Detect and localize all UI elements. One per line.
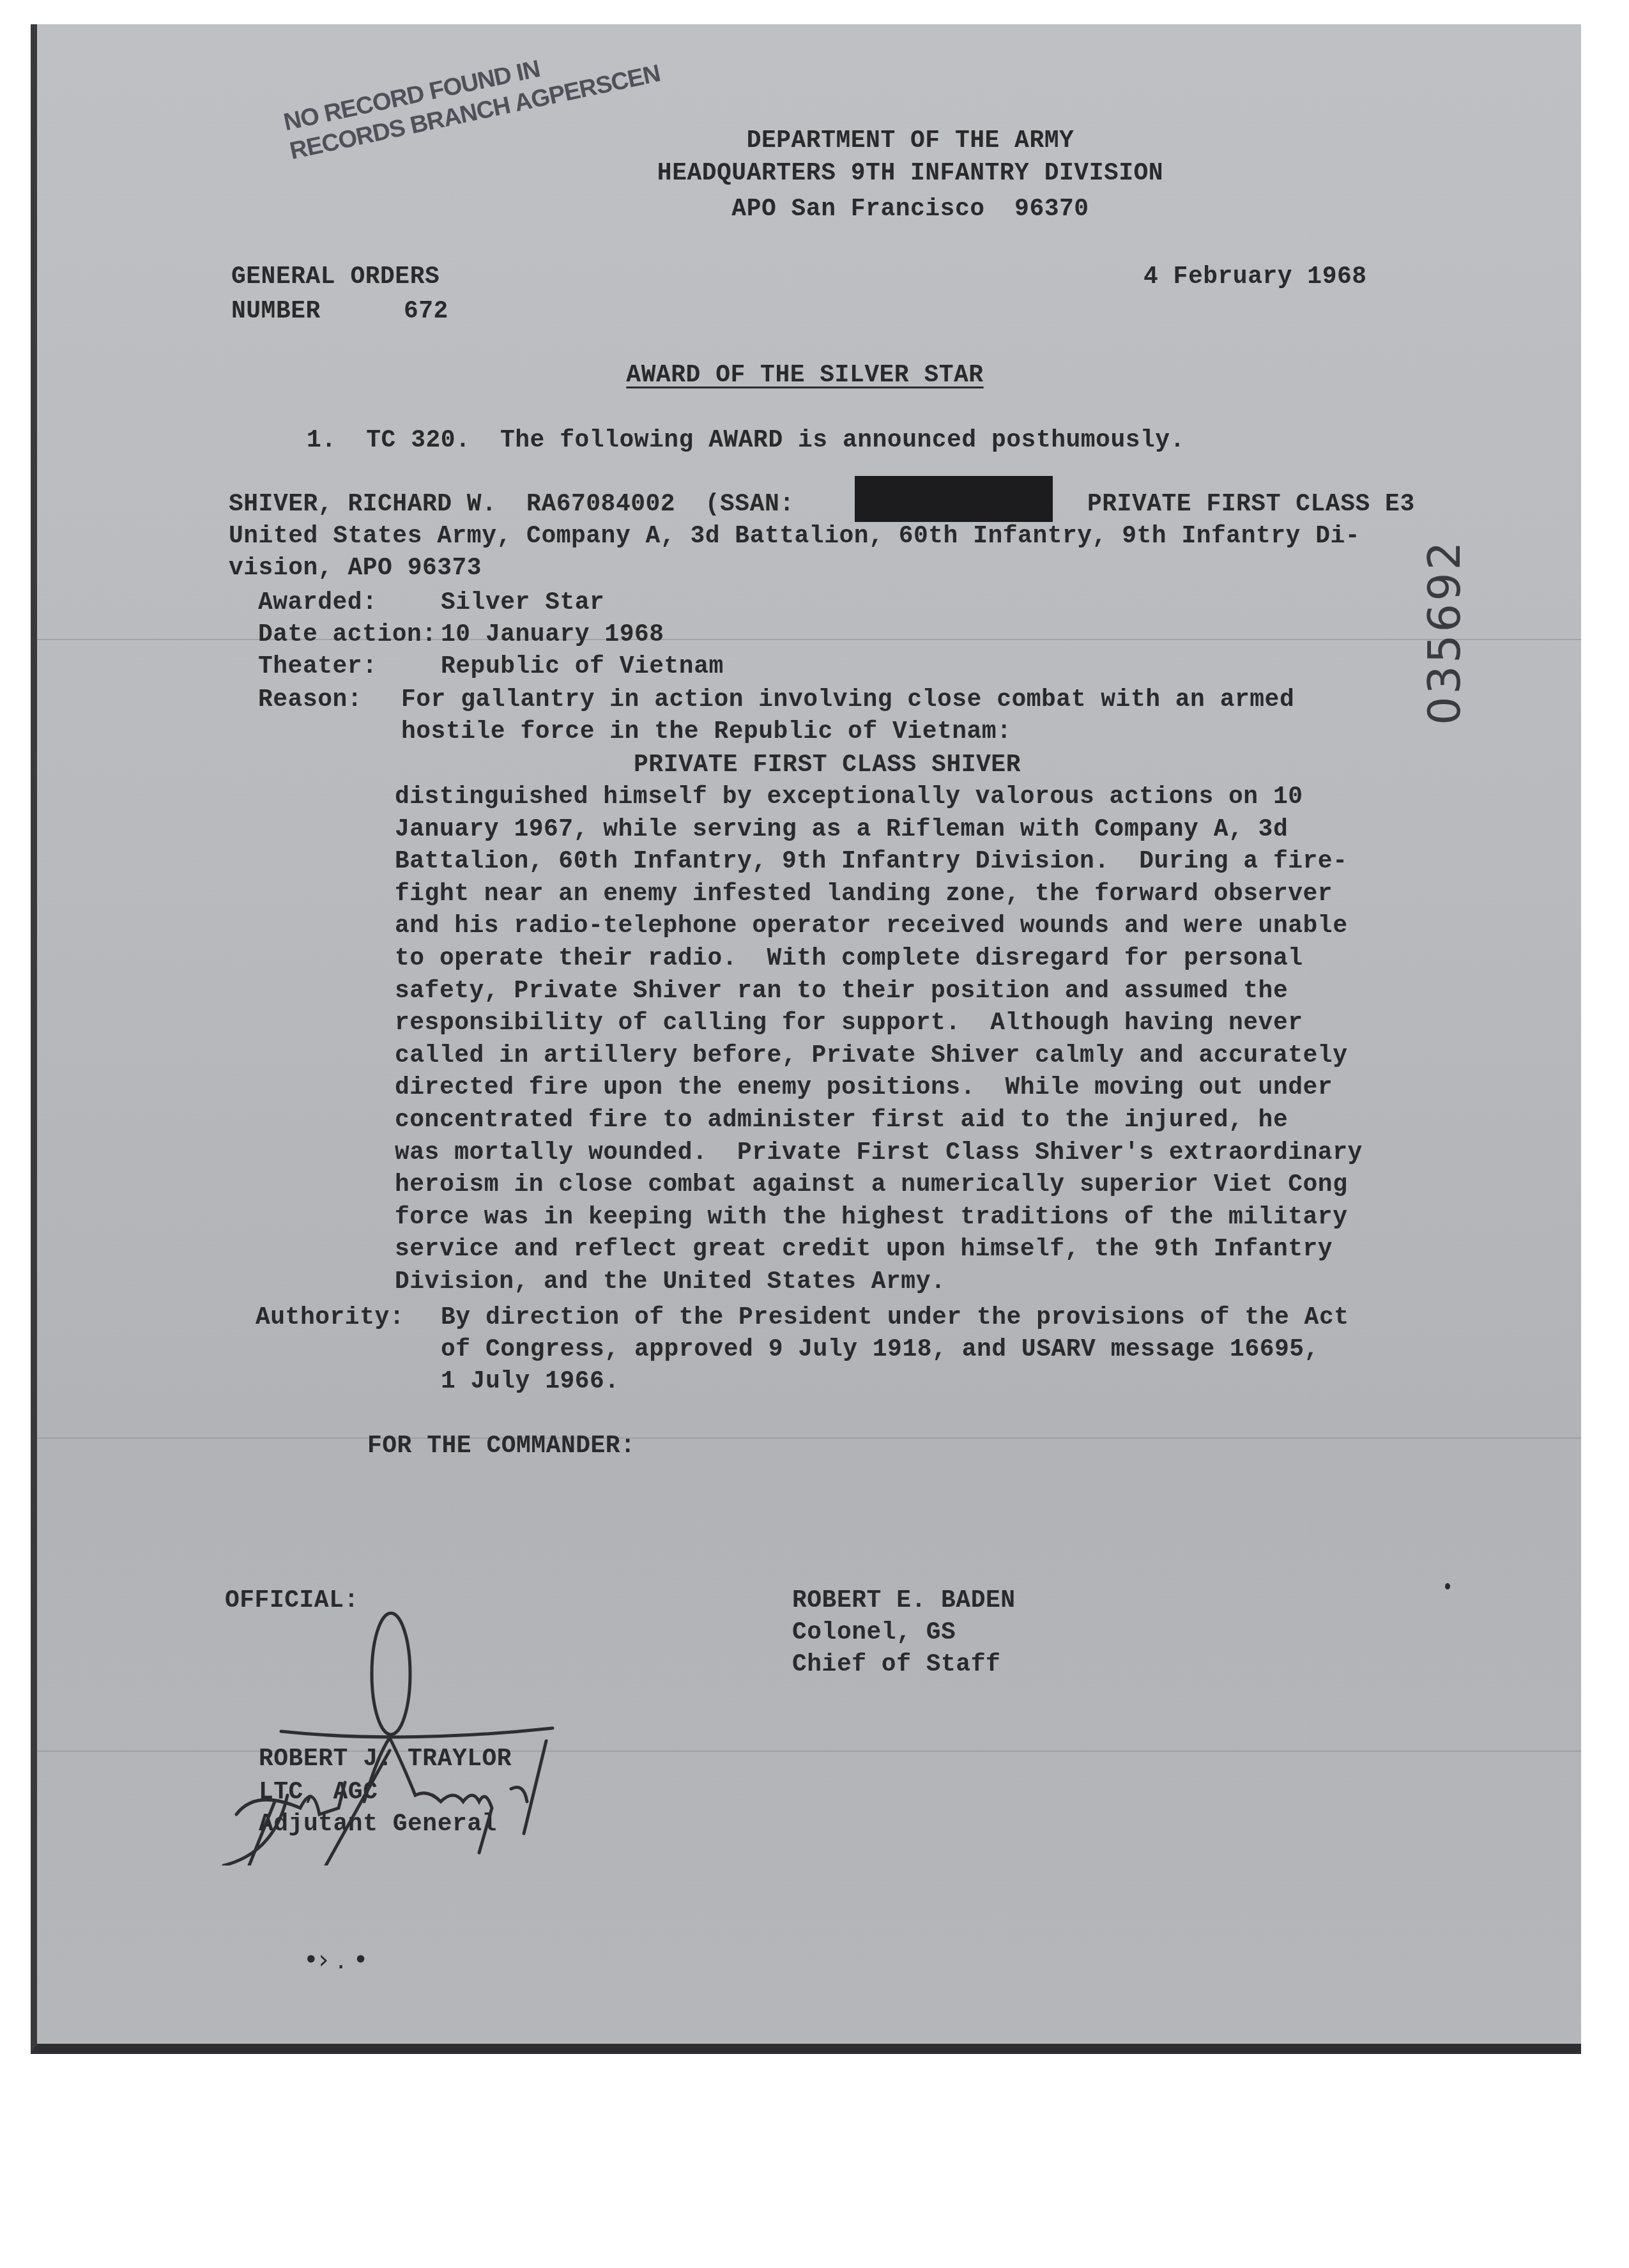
reason-body-line: force was in keeping with the highest tr…	[395, 1201, 1347, 1234]
recipient-name-line: SHIVER, RICHARD W. RA67084002 (SSAN:	[229, 488, 795, 521]
ssan-redaction	[855, 476, 1053, 522]
reason-body-line: distinguished himself by exceptionally v…	[395, 781, 1303, 813]
fold-line	[37, 1437, 1581, 1439]
reason-body-line: concentrated fire to administer first ai…	[395, 1104, 1288, 1137]
recipient-rank: PRIVATE FIRST CLASS E3	[1087, 488, 1415, 521]
signature	[211, 1597, 569, 1866]
number-label: NUMBER	[231, 295, 321, 328]
letterhead-line-2: HEADQUARTERS 9TH INFANTRY DIVISION	[383, 157, 1437, 190]
detail-label: Date action:	[258, 618, 437, 651]
document-title: AWARD OF THE SILVER STAR	[383, 359, 1227, 392]
reason-body-line: called in artillery before, Private Shiv…	[395, 1039, 1347, 1072]
intro-paragraph: 1. TC 320. The following AWARD is announ…	[307, 424, 1185, 457]
speck-dot	[1445, 1583, 1450, 1590]
detail-value: 10 January 1968	[441, 618, 664, 651]
reason-body-line: directed fire upon the enemy positions. …	[395, 1071, 1333, 1104]
reason-body-line: January 1967, while serving as a Riflema…	[395, 813, 1288, 846]
reason-body-line: and his radio-telephone operator receive…	[395, 910, 1347, 942]
letterhead-line-1: DEPARTMENT OF THE ARMY	[383, 125, 1437, 157]
reason-body-line: Division, and the United States Army.	[395, 1266, 945, 1298]
detail-label: Awarded:	[258, 586, 377, 619]
reason-intro-line: hostile force in the Republic of Vietnam…	[401, 716, 1011, 748]
chief-of-staff-title: Chief of Staff	[792, 1648, 1000, 1681]
authority-line: 1 July 1966.	[441, 1365, 620, 1398]
detail-value: Silver Star	[441, 586, 604, 619]
reason-body-line: responsibility of calling for support. A…	[395, 1007, 1303, 1039]
chief-of-staff-rank: Colonel, GS	[792, 1616, 956, 1649]
reason-body-line: fight near an enemy infested landing zon…	[395, 878, 1333, 910]
authority-line: By direction of the President under the …	[441, 1301, 1349, 1334]
reason-body-line: service and reflect great credit upon hi…	[395, 1233, 1333, 1266]
detail-label: Theater:	[258, 650, 377, 683]
reason-heading: PRIVATE FIRST CLASS SHIVER	[396, 749, 1258, 781]
reason-body-line: Battalion, 60th Infantry, 9th Infantry D…	[395, 845, 1347, 878]
handwritten-margin-number: 035692	[1418, 539, 1471, 725]
reason-intro-line: For gallantry in action involving close …	[401, 684, 1294, 716]
authority-label: Authority:	[256, 1301, 404, 1334]
recipient-unit-line-1: United States Army, Company A, 3d Battal…	[229, 520, 1360, 553]
for-the-commander: FOR THE COMMANDER:	[367, 1430, 635, 1462]
letterhead-line-3: APO San Francisco 96370	[383, 193, 1437, 226]
detail-value: Republic of Vietnam	[441, 650, 724, 683]
reason-label: Reason:	[258, 684, 362, 716]
reason-body-line: was mortally wounded. Private First Clas…	[395, 1137, 1363, 1169]
recipient-unit-line-2: vision, APO 96373	[229, 552, 482, 585]
chief-of-staff-name: ROBERT E. BADEN	[792, 1584, 1016, 1617]
authority-line: of Congress, approved 9 July 1918, and U…	[441, 1333, 1319, 1366]
reason-body-line: heroism in close combat against a numeri…	[395, 1168, 1347, 1201]
order-date: 4 February 1968	[1143, 261, 1367, 293]
reason-body-line: to operate their radio. With complete di…	[395, 942, 1303, 975]
reason-body-line: safety, Private Shiver ran to their posi…	[395, 975, 1288, 1008]
bottom-specks: •› . •	[303, 1945, 368, 1975]
general-orders-label: GENERAL ORDERS	[231, 261, 440, 293]
order-number: 672	[404, 295, 448, 328]
